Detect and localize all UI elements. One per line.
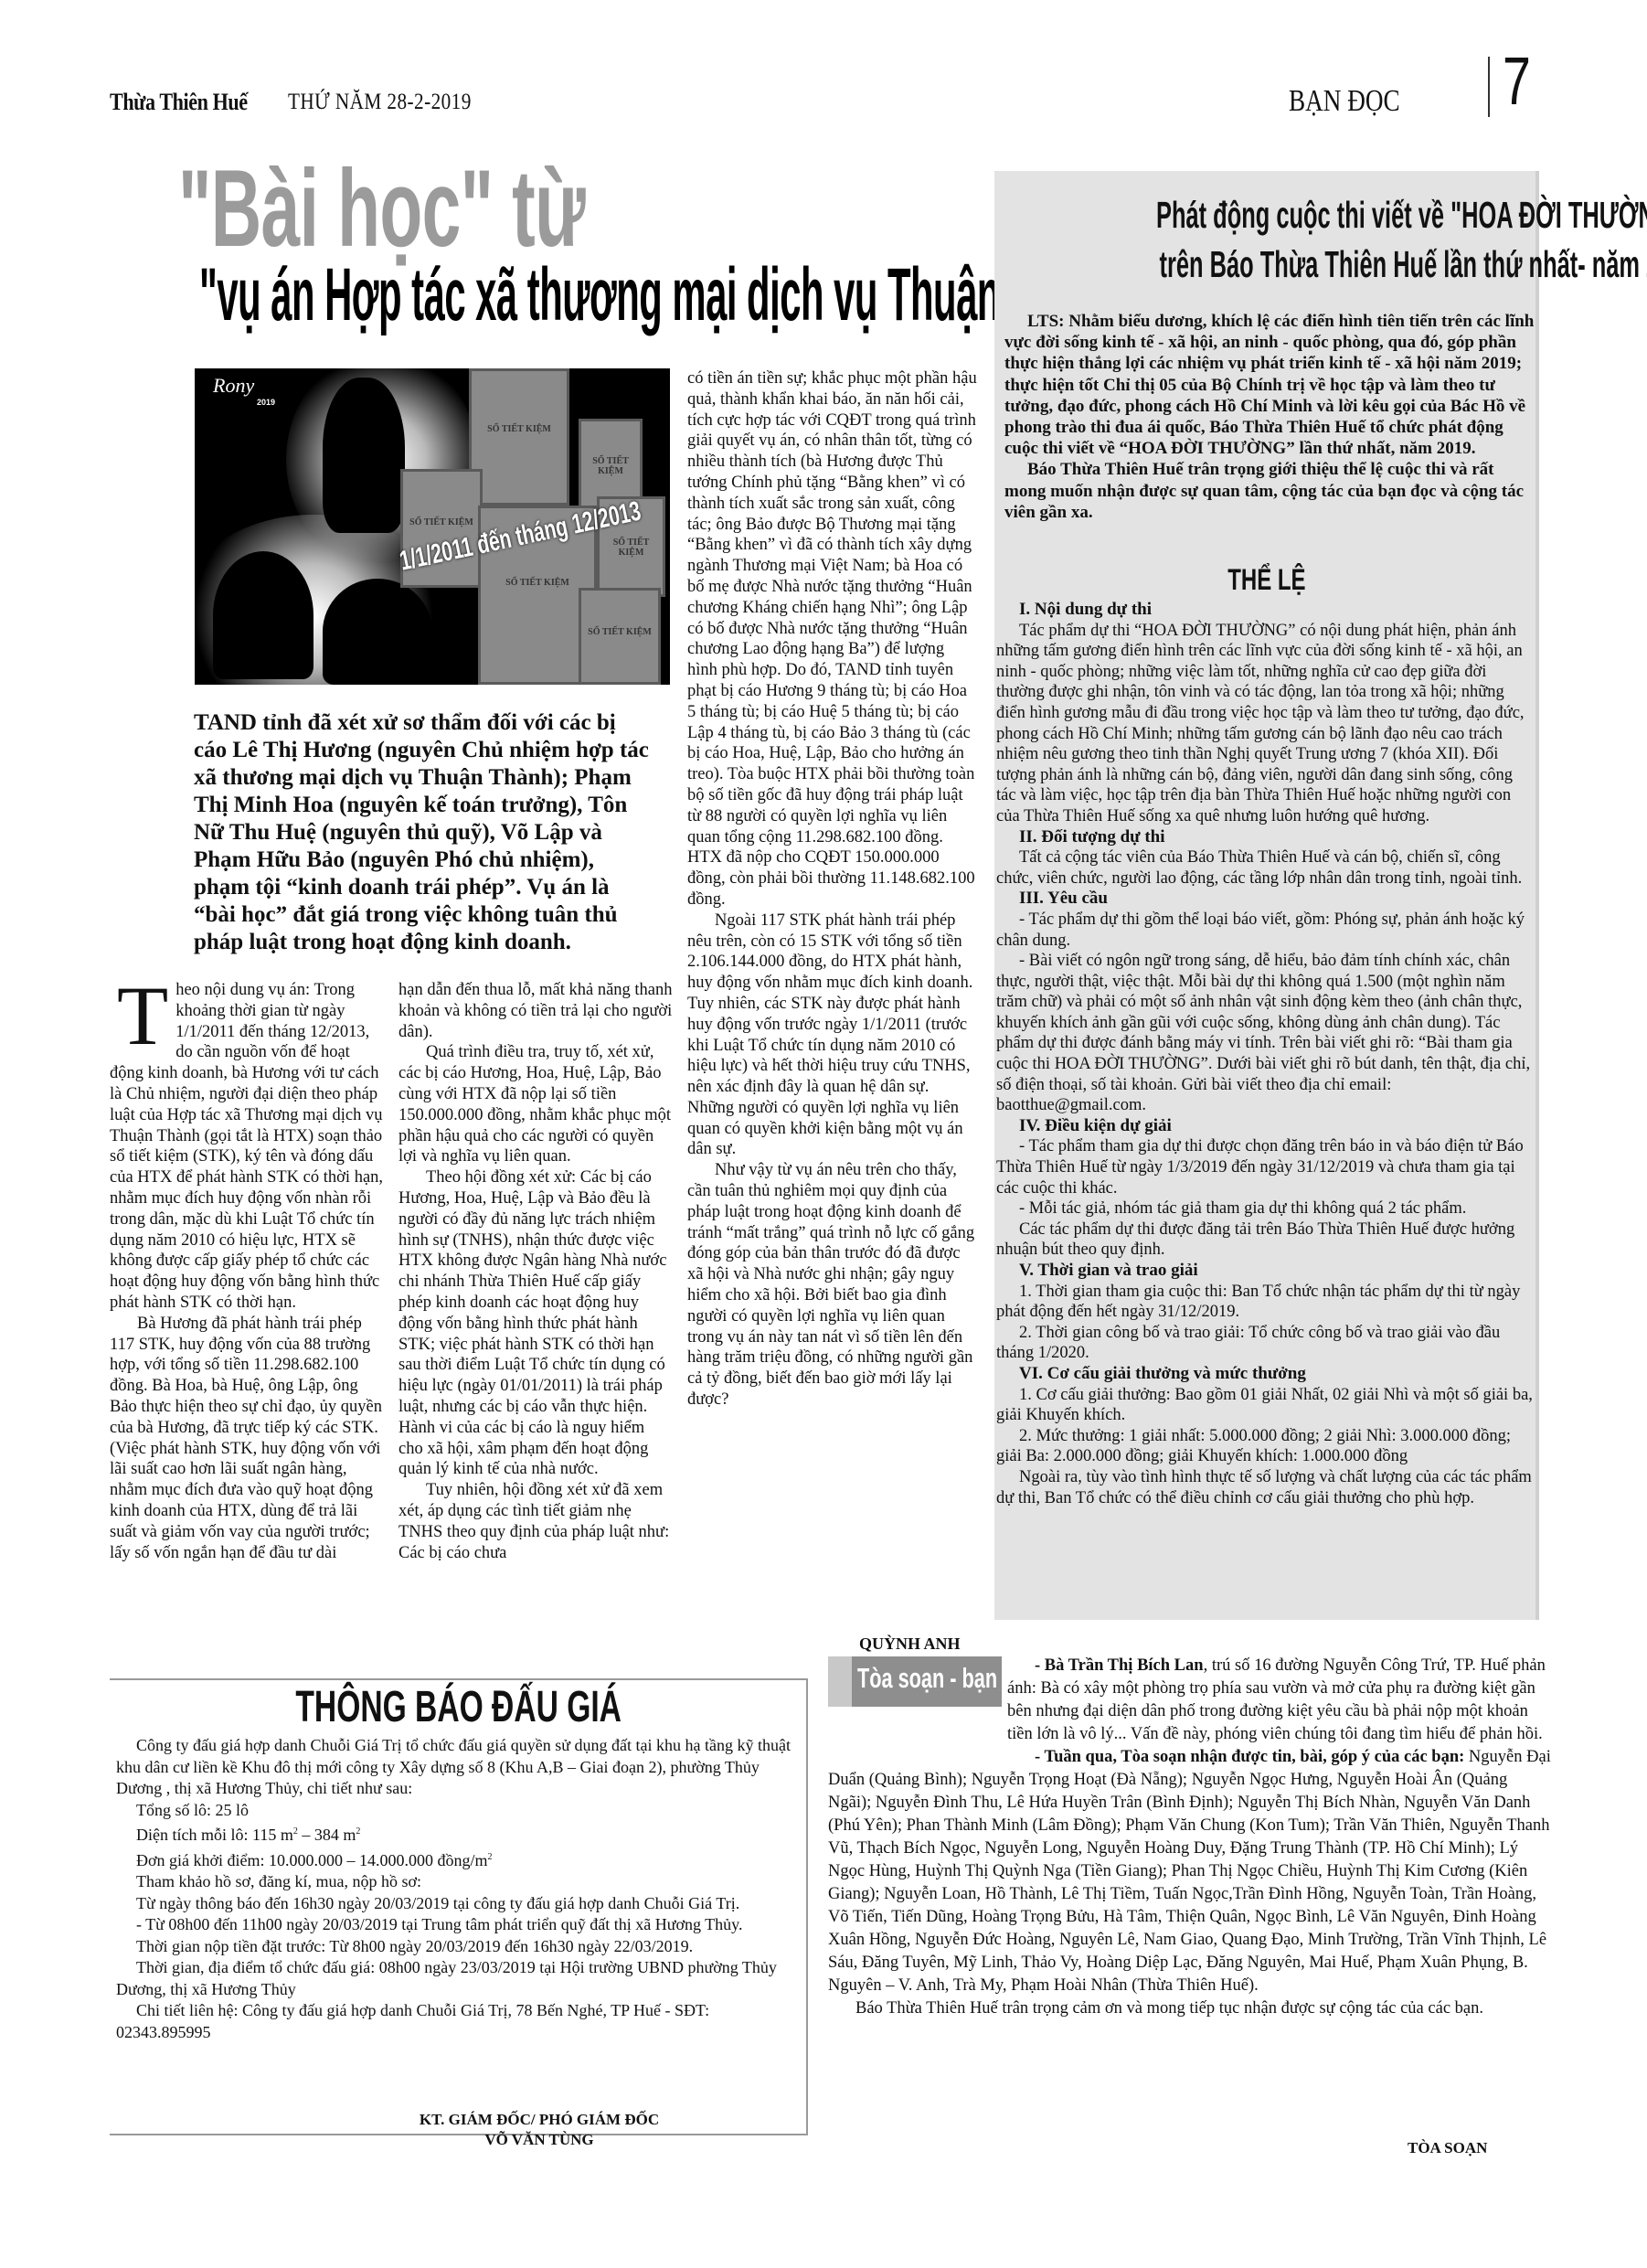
artist-signature: Rony: [213, 374, 254, 398]
auction-total-lots: Tổng số lô: 25 lô: [116, 1800, 803, 1822]
auction-lot-area: Diện tích mỗi lô: 115 m2 – 384 m2: [116, 1821, 803, 1847]
rule-heading: I. Nội dung dự thi: [996, 600, 1534, 621]
newsroom-body: - Bà Trần Thị Bích Lan, trú số 16 đường …: [828, 1655, 1555, 2020]
article-column-3: có tiền án tiền sự; khắc phục một phần h…: [687, 368, 978, 1411]
auction-period-1: Từ ngày thông báo đến 16h30 ngày 20/03/2…: [116, 1893, 803, 1915]
rule-paragraph: Ngoài ra, tùy vào tình hình thực tế số l…: [996, 1467, 1534, 1508]
auction-start-price: Đơn giá khởi điểm: 10.000.000 – 14.000.0…: [116, 1847, 803, 1872]
contributors-list: - Tuần qua, Tòa soạn nhận được tin, bài,…: [828, 1746, 1555, 1997]
rule-paragraph: Tất cả cộng tác viên của Báo Thừa Thiên …: [996, 847, 1534, 889]
rule-paragraph: - Tác phẩm tham gia dự thi được chọn đăn…: [996, 1136, 1534, 1198]
contest-title-line-2: trên Báo Thừa Thiên Huế lần thứ nhất- nă…: [1160, 240, 1647, 289]
paragraph: có tiền án tiền sự; khắc phục một phần h…: [687, 368, 978, 910]
article-column-1: Theo nội dung vụ án: Trong khoảng thời g…: [110, 980, 384, 1563]
rule-paragraph: - Bài viết có ngôn ngữ trong sáng, dễ hi…: [996, 951, 1534, 1116]
rule-paragraph: - Tác phẩm dự thi gồm thể loại báo viết,…: [996, 910, 1534, 951]
article-byline: QUỲNH ANH: [859, 1634, 961, 1654]
artist-signature-year: 2019: [257, 398, 275, 407]
newsroom-signature: TÒA SOẠN: [1408, 2139, 1487, 2157]
auction-deposit: Thời gian nộp tiền đặt trước: Từ 8h00 ng…: [116, 1936, 803, 1958]
auction-contact: Chi tiết liên hệ: Công ty đấu giá hợp da…: [116, 2000, 803, 2043]
paper-name: Thừa Thiên Huế: [110, 89, 248, 116]
article-photo: SỔ TIẾT KIỆM SỔ TIẾT KIỆM SỔ TIẾT KIỆM S…: [195, 368, 670, 685]
rule-paragraph: 2. Mức thưởng: 1 giải nhất: 5.000.000 đồ…: [996, 1426, 1534, 1467]
rule-paragraph: Các tác phẩm dự thi được đăng tải trên B…: [996, 1219, 1534, 1261]
contest-title-line-1: Phát động cuộc thi viết về "HOA ĐỜI THƯỜ…: [1156, 190, 1647, 240]
contest-title: Phát động cuộc thi viết về "HOA ĐỜI THƯỜ…: [994, 190, 1539, 289]
paragraph: Ngoài 117 STK phát hành trái phép nêu tr…: [687, 910, 978, 1161]
section-name: BẠN ĐỌC: [1289, 84, 1400, 119]
rule-paragraph: - Mỗi tác giả, nhóm tác giả tham gia dự …: [996, 1198, 1534, 1219]
rule-heading: V. Thời gian và trao giải: [996, 1261, 1534, 1282]
rules-title: THỂ LỆ: [994, 563, 1539, 597]
banner-spacer: [828, 1655, 1007, 1752]
rule-paragraph: 2. Thời gian công bố và trao giải: Tổ ch…: [996, 1323, 1534, 1364]
signer-name: VÕ VĂN TÙNG: [366, 2130, 713, 2150]
paragraph: Theo hội đồng xét xử: Các bị cáo Hương, …: [398, 1167, 673, 1480]
silhouette-figure: [213, 551, 313, 679]
rule-paragraph: 1. Cơ cấu giải thưởng: Bao gồm 01 giải N…: [996, 1385, 1534, 1426]
auction-period-2: - Từ 08h00 đến 11h00 ngày 20/03/2019 tại…: [116, 1914, 803, 1936]
silhouette-figure: [323, 378, 405, 533]
paragraph: hạn dẫn đến thua lỗ, mất khả năng thanh …: [398, 980, 673, 1042]
silhouette-figure: [323, 579, 432, 685]
rule-paragraph: Tác phẩm dự thi “HOA ĐỜI THƯỜNG” có nội …: [996, 621, 1534, 827]
rule-paragraph: 1. Thời gian tham gia cuộc thi: Ban Tổ c…: [996, 1282, 1534, 1323]
page-number: 7: [1503, 48, 1531, 115]
rule-heading: III. Yêu cầu: [996, 889, 1534, 910]
paragraph: Bà Hương đã phát hành trái phép 117 STK,…: [110, 1314, 384, 1564]
savings-book-image: SỔ TIẾT KIỆM: [469, 368, 569, 506]
signer-title: KT. GIÁM ĐỐC/ PHÓ GIÁM ĐỐC: [366, 2110, 713, 2130]
article-column-2: hạn dẫn đến thua lỗ, mất khả năng thanh …: [398, 980, 673, 1563]
masthead-divider: [1488, 57, 1490, 117]
article-lead: TAND tỉnh đã xét xử sơ thẩm đối với các …: [194, 709, 651, 956]
auction-documents: Tham khảo hồ sơ, đăng kí, mua, nộp hồ sơ…: [116, 1871, 803, 1893]
contest-rules: I. Nội dung dự thi Tác phẩm dự thi “HOA …: [996, 600, 1534, 1508]
contest-intro: LTS: Nhằm biểu dương, khích lệ các điển …: [1004, 311, 1535, 523]
savings-book-image: SỔ TIẾT KIỆM: [579, 588, 661, 685]
auction-intro: Công ty đấu giá hợp danh Chuỗi Giá Trị t…: [116, 1735, 803, 1800]
auction-signature: KT. GIÁM ĐỐC/ PHÓ GIÁM ĐỐC VÕ VĂN TÙNG: [366, 2110, 713, 2150]
intro-paragraph: LTS: Nhằm biểu dương, khích lệ các điển …: [1004, 311, 1535, 459]
rule-heading: II. Đối tượng dự thi: [996, 827, 1534, 848]
auction-venue: Thời gian, địa điểm tổ chức đấu giá: 08h…: [116, 1957, 803, 2000]
drop-cap: T: [117, 984, 168, 1048]
paragraph: Tuy nhiên, hội đồng xét xử đã xem xét, á…: [398, 1480, 673, 1563]
rule-heading: IV. Điều kiện dự giải: [996, 1116, 1534, 1137]
auction-title: THÔNG BÁO ĐẤU GIÁ: [110, 1682, 808, 1732]
paragraph: Như vậy từ vụ án nêu trên cho thấy, cần …: [687, 1160, 978, 1411]
thanks-note: Báo Thừa Thiên Huế trân trọng cảm ơn và …: [828, 1997, 1555, 2020]
intro-paragraph: Báo Thừa Thiên Huế trân trọng giới thiệu…: [1004, 459, 1535, 523]
auction-body: Công ty đấu giá hợp danh Chuỗi Giá Trị t…: [116, 1735, 803, 2043]
paragraph: Quá trình điều tra, truy tố, xét xử, các…: [398, 1042, 673, 1167]
issue-date: THỨ NĂM 28-2-2019: [288, 90, 472, 115]
rule-heading: VI. Cơ cấu giải thưởng và mức thưởng: [996, 1364, 1534, 1385]
headline-top: "Bài học" từ: [178, 154, 585, 263]
